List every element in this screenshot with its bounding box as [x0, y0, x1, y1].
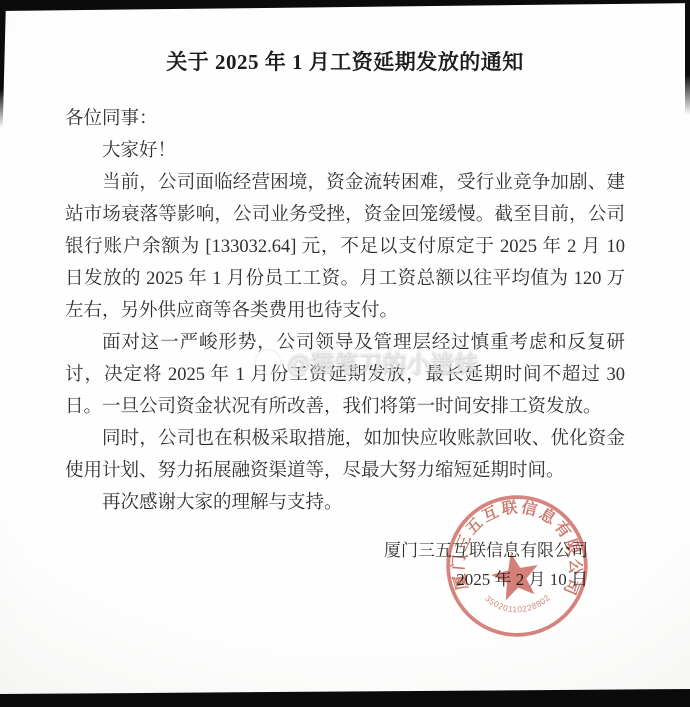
paragraph-2: 面对这一严峻形势，公司领导及管理层经过慎重考虑和反复研讨，决定将 2025 年 …: [65, 327, 625, 423]
notice-title: 关于 2025 年 1 月工资延期发放的通知: [65, 46, 625, 76]
seal-star-icon: [487, 548, 543, 602]
svg-text:35020110228802: 35020110228802: [483, 592, 552, 614]
paragraph-1: 当前，公司面临经营困境，资金流转困难，受行业竞争加剧、建站市场衰落等影响，公司业…: [65, 167, 625, 327]
paragraph-3: 同时，公司也在积极采取措施，如加快应收账款回收、优化资金使用计划、努力拓展融资渠…: [65, 423, 625, 487]
company-seal-stamp-icon: 厦门三五互联信息有限公司 35020110228802: [444, 493, 590, 639]
photo-edge-left: [0, 0, 6, 128]
salutation: 各位同事：: [65, 103, 625, 135]
notice-body: 各位同事： 大家好！ 当前，公司面临经营困境，资金流转困难，受行业竞争加剧、建站…: [65, 103, 625, 519]
seal-registration-number: 35020110228802: [483, 592, 552, 614]
photo-edge-bottom: [0, 689, 690, 707]
greeting-line: 大家好！: [65, 135, 625, 167]
notice-document: 关于 2025 年 1 月工资延期发放的通知 各位同事： 大家好！ 当前，公司面…: [65, 0, 625, 519]
photographed-notice-page: 关于 2025 年 1 月工资延期发放的通知 各位同事： 大家好！ 当前，公司面…: [0, 0, 690, 707]
photo-edge-right: [685, 0, 690, 115]
